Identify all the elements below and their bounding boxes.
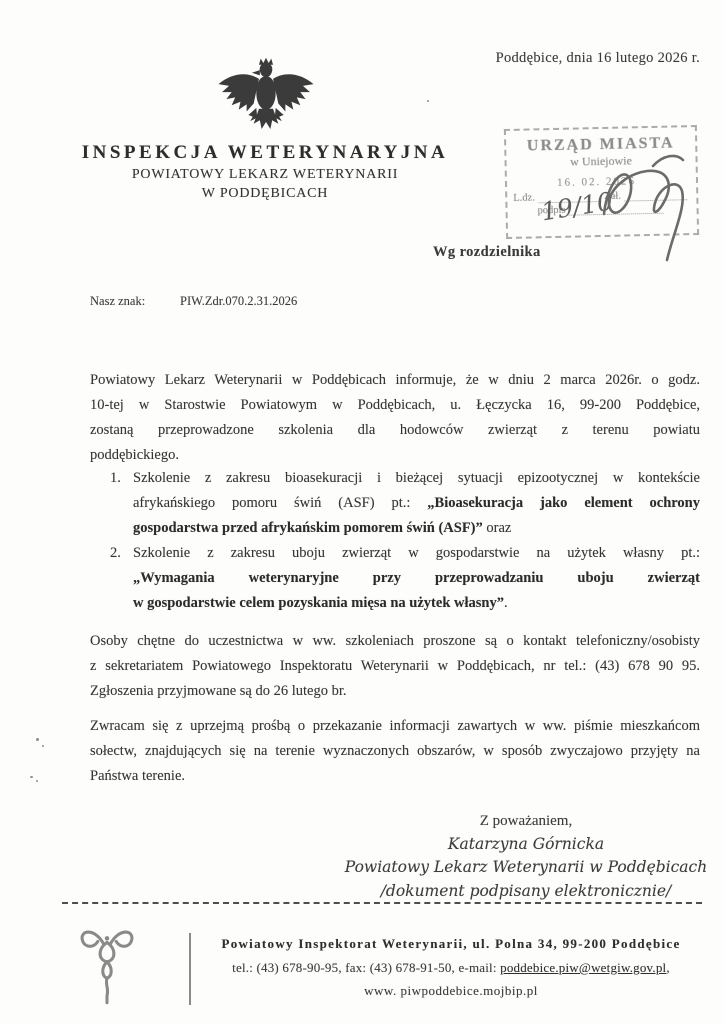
footer-contact-comma: , xyxy=(666,960,669,975)
stamp-ldz-label: L.dz. xyxy=(513,192,535,203)
footer-tel-fax: tel.: (43) 678-90-95, fax: (43) 678-91-5… xyxy=(232,960,500,975)
footer-contact: tel.: (43) 678-90-95, fax: (43) 678-91-5… xyxy=(200,960,702,976)
scan-speck xyxy=(30,776,33,778)
scan-speck xyxy=(36,780,38,782)
letterhead: INSPEKCJA WETERYNARYJNA POWIATOWY LEKARZ… xyxy=(60,142,470,202)
recipient-line: Wg rozdzielnika xyxy=(433,244,541,261)
signer-name: Katarzyna Górnicka xyxy=(330,833,722,856)
list-item-1-number: 1. xyxy=(110,466,121,491)
list-item-2: 2. Szkolenie z zakresu uboju zwierząt w … xyxy=(90,541,700,616)
reference-label: Nasz znak: xyxy=(90,294,145,309)
scan-speck xyxy=(36,738,39,741)
footer-divider xyxy=(62,902,702,904)
signature-block: Z poważaniem, Katarzyna Górnicka Powiato… xyxy=(330,810,722,903)
list-item-1-text: Szkolenie z zakresu bioasekuracji i bież… xyxy=(133,466,700,541)
footer-vertical-rule xyxy=(189,933,191,1005)
footer-email-link[interactable]: poddebice.piw@wetgiw.gov.pl xyxy=(500,960,666,975)
paragraph-intro: Powiatowy Lekarz Weterynarii w Poddębica… xyxy=(90,368,700,468)
list-item-2-number: 2. xyxy=(110,541,121,566)
paragraph-request: Zwracam się z uprzejmą prośbą o przekaza… xyxy=(90,714,700,789)
letter-date: Poddębice, dnia 16 lutego 2026 r. xyxy=(440,50,700,67)
handwritten-signature-icon xyxy=(596,148,704,266)
footer-address: Powiatowy Inspektorat Weterynarii, ul. P… xyxy=(200,936,702,952)
scan-speck xyxy=(42,745,44,747)
footer-website: www. piwpoddebice.mojbip.pl xyxy=(200,983,702,999)
scanned-letter-page: Poddębice, dnia 16 lutego 2026 r. INSPEK… xyxy=(0,0,724,1024)
org-subtitle-2: W PODDĘBICACH xyxy=(60,186,470,202)
veterinary-caduceus-icon xyxy=(76,922,138,1014)
electronic-signature-note: /dokument podpisany elektronicznie/ xyxy=(330,880,722,903)
org-subtitle-1: POWIATOWY LEKARZ WETERYNARII xyxy=(60,167,470,183)
signature-closing: Z poważaniem, xyxy=(330,810,722,833)
polish-eagle-icon xyxy=(213,56,319,144)
reference-number: PIW.Zdr.070.2.31.2026 xyxy=(180,294,297,309)
list-item-2-text: Szkolenie z zakresu uboju zwierząt w gos… xyxy=(133,541,700,616)
signer-title: Powiatowy Lekarz Weterynarii w Poddębica… xyxy=(330,856,722,879)
trainings-list: 1. Szkolenie z zakresu bioasekuracji i b… xyxy=(90,466,700,616)
org-name: INSPEKCJA WETERYNARYJNA xyxy=(60,142,470,164)
list-item-1: 1. Szkolenie z zakresu bioasekuracji i b… xyxy=(90,466,700,541)
paragraph-contact: Osoby chętne do uczestnictwa w ww. szkol… xyxy=(90,629,700,704)
scan-speck xyxy=(427,100,429,102)
